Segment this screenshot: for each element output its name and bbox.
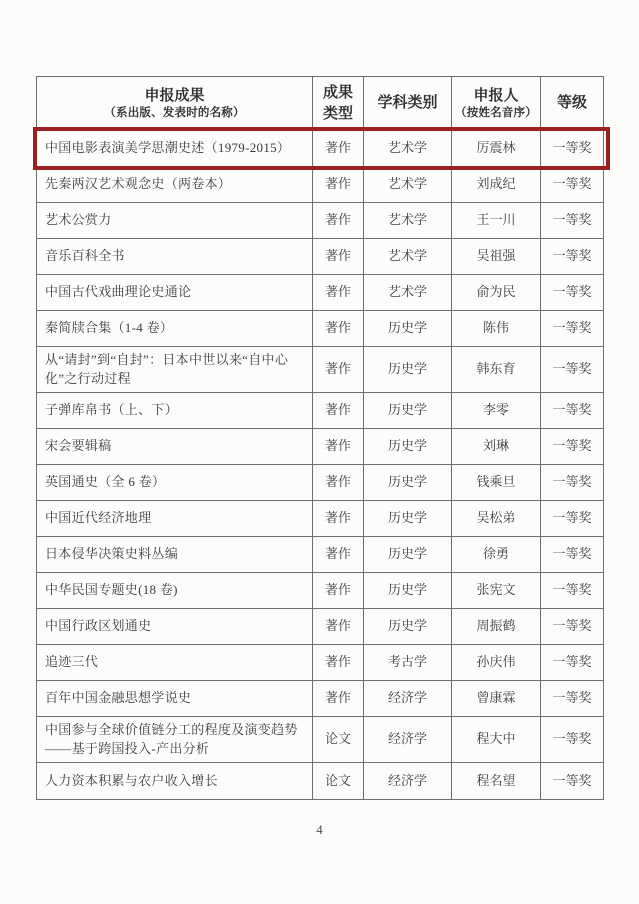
achievement-title: 追迹三代 bbox=[37, 645, 313, 680]
grade: 一等奖 bbox=[541, 465, 603, 500]
achievement-type: 著作 bbox=[313, 393, 364, 428]
table-header-row: 申报成果 （系出版、发表时的名称） 成果 类型 学科类别 申报人 （按姓名音序）… bbox=[37, 77, 603, 131]
applicant-name: 刘琳 bbox=[452, 429, 541, 464]
header-applicant: 申报人 （按姓名音序） bbox=[452, 77, 541, 130]
applicant-name: 李零 bbox=[452, 393, 541, 428]
applicant-name: 程大中 bbox=[452, 717, 541, 762]
table-row: 中国行政区划通史 著作 历史学 周振鹤 一等奖 bbox=[37, 609, 603, 645]
table-row: 人力资本积累与农户收入增长 论文 经济学 程名望 一等奖 bbox=[37, 763, 603, 799]
table-row: 追迹三代 著作 考古学 孙庆伟 一等奖 bbox=[37, 645, 603, 681]
grade: 一等奖 bbox=[541, 167, 603, 202]
achievement-type: 论文 bbox=[313, 717, 364, 762]
achievement-type: 著作 bbox=[313, 573, 364, 608]
header-discipline-label: 学科类别 bbox=[377, 93, 437, 113]
discipline: 艺术学 bbox=[364, 167, 452, 202]
grade: 一等奖 bbox=[541, 393, 603, 428]
grade: 一等奖 bbox=[541, 347, 603, 392]
applicant-name: 吴祖强 bbox=[452, 239, 541, 274]
achievement-type: 著作 bbox=[313, 311, 364, 346]
applicant-name: 张宪文 bbox=[452, 573, 541, 608]
achievement-type: 著作 bbox=[313, 347, 364, 392]
grade: 一等奖 bbox=[541, 717, 603, 762]
applicant-name: 陈伟 bbox=[452, 311, 541, 346]
discipline: 经济学 bbox=[364, 763, 452, 799]
grade: 一等奖 bbox=[541, 573, 603, 608]
achievement-type: 著作 bbox=[313, 429, 364, 464]
applicant-name: 周振鹤 bbox=[452, 609, 541, 644]
applicant-name: 王一川 bbox=[452, 203, 541, 238]
grade: 一等奖 bbox=[541, 537, 603, 572]
grade: 一等奖 bbox=[541, 311, 603, 346]
discipline: 历史学 bbox=[364, 465, 452, 500]
header-type-line1: 成果 bbox=[323, 83, 353, 103]
discipline: 历史学 bbox=[364, 537, 452, 572]
grade: 一等奖 bbox=[541, 645, 603, 680]
applicant-name: 韩东育 bbox=[452, 347, 541, 392]
table-row: 从“请封”到“自封”：日本中世以来“自中心化”之行动过程 著作 历史学 韩东育 … bbox=[37, 347, 603, 393]
discipline: 艺术学 bbox=[364, 203, 452, 238]
achievement-title: 中国参与全球价值链分工的程度及演变趋势——基于跨国投入-产出分析 bbox=[37, 717, 313, 762]
grade: 一等奖 bbox=[541, 609, 603, 644]
header-achievement-main: 申报成果 bbox=[144, 86, 204, 106]
discipline: 历史学 bbox=[364, 311, 452, 346]
discipline: 历史学 bbox=[364, 393, 452, 428]
applicant-name: 俞为民 bbox=[452, 275, 541, 310]
applicant-name: 吴松弟 bbox=[452, 501, 541, 536]
discipline: 经济学 bbox=[364, 717, 452, 762]
discipline: 艺术学 bbox=[364, 131, 452, 166]
applicant-name: 刘成纪 bbox=[452, 167, 541, 202]
header-grade: 等级 bbox=[541, 77, 603, 130]
table-row: 中国古代戏曲理论史通论 著作 艺术学 俞为民 一等奖 bbox=[37, 275, 603, 311]
table-row: 音乐百科全书 著作 艺术学 吴祖强 一等奖 bbox=[37, 239, 603, 275]
grade: 一等奖 bbox=[541, 239, 603, 274]
grade: 一等奖 bbox=[541, 131, 603, 166]
achievement-type: 著作 bbox=[313, 167, 364, 202]
header-type: 成果 类型 bbox=[313, 77, 364, 130]
table-row: 宋会要辑稿 著作 历史学 刘琳 一等奖 bbox=[37, 429, 603, 465]
table-row: 艺术公赏力 著作 艺术学 王一川 一等奖 bbox=[37, 203, 603, 239]
achievement-type: 著作 bbox=[313, 501, 364, 536]
achievement-title: 人力资本积累与农户收入增长 bbox=[37, 763, 313, 799]
achievement-title: 中国行政区划通史 bbox=[37, 609, 313, 644]
achievement-type: 著作 bbox=[313, 645, 364, 680]
achievement-type: 著作 bbox=[313, 609, 364, 644]
achievement-type: 著作 bbox=[313, 275, 364, 310]
grade: 一等奖 bbox=[541, 501, 603, 536]
discipline: 历史学 bbox=[364, 573, 452, 608]
discipline: 历史学 bbox=[364, 347, 452, 392]
achievement-type: 著作 bbox=[313, 203, 364, 238]
document-page: 申报成果 （系出版、发表时的名称） 成果 类型 学科类别 申报人 （按姓名音序）… bbox=[0, 0, 639, 904]
achievement-title: 从“请封”到“自封”：日本中世以来“自中心化”之行动过程 bbox=[37, 347, 313, 392]
discipline: 艺术学 bbox=[364, 275, 452, 310]
table-row: 中国参与全球价值链分工的程度及演变趋势——基于跨国投入-产出分析 论文 经济学 … bbox=[37, 717, 603, 763]
achievement-title: 中国古代戏曲理论史通论 bbox=[37, 275, 313, 310]
grade: 一等奖 bbox=[541, 763, 603, 799]
header-grade-label: 等级 bbox=[557, 93, 587, 113]
achievement-type: 著作 bbox=[313, 239, 364, 274]
achievement-title: 子弹库帛书（上、下） bbox=[37, 393, 313, 428]
achievement-title: 宋会要辑稿 bbox=[37, 429, 313, 464]
header-achievement: 申报成果 （系出版、发表时的名称） bbox=[37, 77, 313, 130]
table-row: 先秦两汉艺术观念史（两卷本） 著作 艺术学 刘成纪 一等奖 bbox=[37, 167, 603, 203]
achievement-type: 著作 bbox=[313, 131, 364, 166]
applicant-name: 孙庆伟 bbox=[452, 645, 541, 680]
table-row: 秦简牍合集（1-4 卷） 著作 历史学 陈伟 一等奖 bbox=[37, 311, 603, 347]
achievement-title: 艺术公赏力 bbox=[37, 203, 313, 238]
applicant-name: 厉震林 bbox=[452, 131, 541, 166]
achievement-type: 论文 bbox=[313, 763, 364, 799]
achievement-type: 著作 bbox=[313, 537, 364, 572]
achievement-type: 著作 bbox=[313, 465, 364, 500]
achievement-title: 音乐百科全书 bbox=[37, 239, 313, 274]
grade: 一等奖 bbox=[541, 203, 603, 238]
header-achievement-sub: （系出版、发表时的名称） bbox=[104, 106, 244, 122]
achievement-title: 日本侵华决策史料丛编 bbox=[37, 537, 313, 572]
page-number: 4 bbox=[0, 823, 639, 838]
achievement-title: 先秦两汉艺术观念史（两卷本） bbox=[37, 167, 313, 202]
discipline: 历史学 bbox=[364, 609, 452, 644]
achievement-title: 秦简牍合集（1-4 卷） bbox=[37, 311, 313, 346]
discipline: 历史学 bbox=[364, 501, 452, 536]
table-row: 中国电影表演美学思潮史述（1979-2015） 著作 艺术学 厉震林 一等奖 bbox=[37, 131, 603, 167]
applicant-name: 曾康霖 bbox=[452, 681, 541, 716]
achievement-title: 百年中国金融思想学说史 bbox=[37, 681, 313, 716]
applicant-name: 钱乘旦 bbox=[452, 465, 541, 500]
grade: 一等奖 bbox=[541, 275, 603, 310]
discipline: 考古学 bbox=[364, 645, 452, 680]
table-row: 中华民国专题史(18 卷) 著作 历史学 张宪文 一等奖 bbox=[37, 573, 603, 609]
header-discipline: 学科类别 bbox=[364, 77, 452, 130]
header-applicant-main: 申报人 bbox=[473, 86, 518, 106]
discipline: 经济学 bbox=[364, 681, 452, 716]
discipline: 艺术学 bbox=[364, 239, 452, 274]
achievement-title: 中国近代经济地理 bbox=[37, 501, 313, 536]
grade: 一等奖 bbox=[541, 681, 603, 716]
applicant-name: 徐勇 bbox=[452, 537, 541, 572]
grade: 一等奖 bbox=[541, 429, 603, 464]
awards-table: 申报成果 （系出版、发表时的名称） 成果 类型 学科类别 申报人 （按姓名音序）… bbox=[36, 76, 604, 800]
table-row: 中国近代经济地理 著作 历史学 吴松弟 一等奖 bbox=[37, 501, 603, 537]
achievement-type: 著作 bbox=[313, 681, 364, 716]
achievement-title: 中国电影表演美学思潮史述（1979-2015） bbox=[37, 131, 313, 166]
table-row: 百年中国金融思想学说史 著作 经济学 曾康霖 一等奖 bbox=[37, 681, 603, 717]
header-applicant-sub: （按姓名音序） bbox=[455, 106, 537, 122]
table-row: 日本侵华决策史料丛编 著作 历史学 徐勇 一等奖 bbox=[37, 537, 603, 573]
applicant-name: 程名望 bbox=[452, 763, 541, 799]
table-row: 英国通史（全 6 卷） 著作 历史学 钱乘旦 一等奖 bbox=[37, 465, 603, 501]
achievement-title: 英国通史（全 6 卷） bbox=[37, 465, 313, 500]
achievement-title: 中华民国专题史(18 卷) bbox=[37, 573, 313, 608]
table-row: 子弹库帛书（上、下） 著作 历史学 李零 一等奖 bbox=[37, 393, 603, 429]
discipline: 历史学 bbox=[364, 429, 452, 464]
header-type-line2: 类型 bbox=[323, 104, 353, 124]
